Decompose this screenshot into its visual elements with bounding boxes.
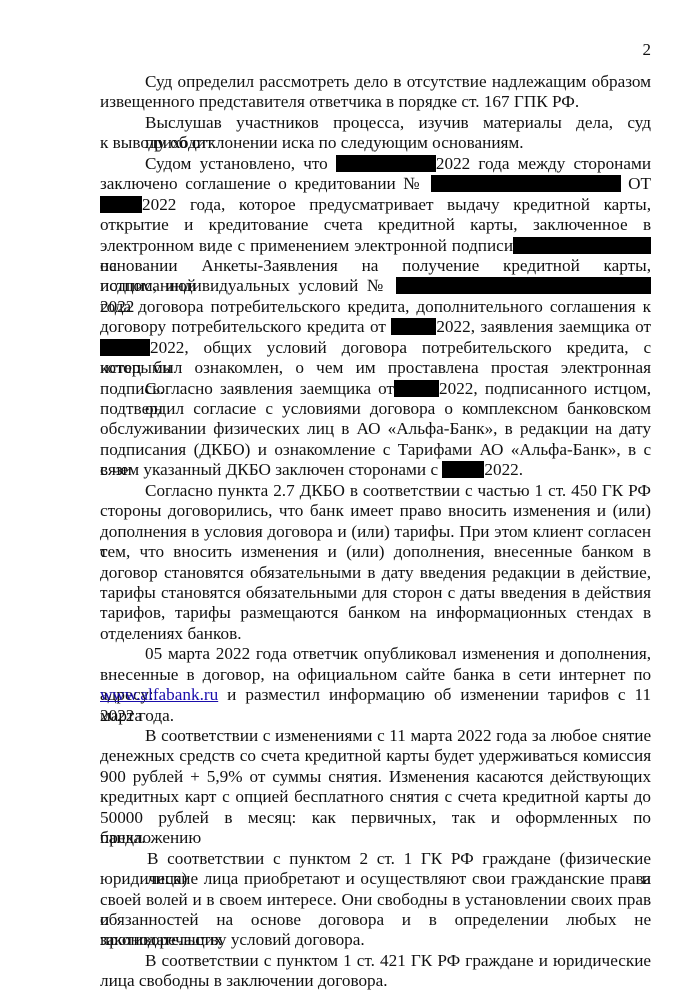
text-line: открытие и кредитование счета кредитной …: [100, 215, 651, 235]
text-line: тарифы становятся обязательными для стор…: [100, 583, 651, 603]
text-line: Согласно пункта 2.7 ДКБО в соответствии …: [100, 481, 651, 501]
text-line: В соответствии с пунктом 2 ст. 1 ГК РФ г…: [100, 849, 651, 869]
text-line: денежных средств со счета кредитной карт…: [100, 746, 651, 766]
text-line: подписания (ДКБО) и ознакомление с Тариф…: [100, 440, 651, 460]
redaction-box: [100, 339, 150, 356]
text-line: обслуживании физических лиц в АО «Альфа-…: [100, 419, 651, 439]
redaction-box: [394, 380, 439, 397]
text-line: Суд определил рассмотреть дело в отсутст…: [100, 72, 651, 92]
text-line: своей волей и в своем интересе. Они своб…: [100, 890, 651, 910]
text-line: юридические лица приобретают и осуществл…: [100, 869, 651, 889]
text-line: законодательству условий договора.: [100, 930, 651, 950]
redaction-box: [442, 461, 484, 478]
text-line: истец был ознакомлен, о чем им проставле…: [100, 358, 651, 378]
text-line: лица свободны в заключении договора.: [100, 971, 651, 990]
text-line: В соответствии с пунктом 1 ст. 421 ГК РФ…: [100, 951, 651, 971]
text-line: 50000 рублей в месяц: как первичных, так…: [100, 808, 651, 828]
text-line: тем, что вносить изменения и (или) допол…: [100, 542, 651, 562]
text-line: В соответствии с изменениями с 11 марта …: [100, 726, 651, 746]
paragraph: Судом установлено, что 2022 года между с…: [100, 154, 651, 379]
paragraph: Суд определил рассмотреть дело в отсутст…: [100, 72, 651, 113]
paragraph: 05 марта 2022 года ответчик опубликовал …: [100, 644, 651, 726]
website-link[interactable]: www.alfabank.ru: [100, 685, 218, 704]
text-line: 05 марта 2022 года ответчик опубликовал …: [100, 644, 651, 664]
text-line: извещенного представителя ответчика в по…: [100, 92, 651, 112]
text-line: года договора потребительского кредита, …: [100, 297, 651, 317]
paragraph: Выслушав участников процесса, изучив мат…: [100, 113, 651, 154]
redaction-box: [336, 155, 436, 172]
text-line: с чем указанный ДКБО заключен сторонами …: [100, 460, 651, 480]
paragraph: В соответствии с пунктом 1 ст. 421 ГК РФ…: [100, 951, 651, 990]
text-line: договор становятся обязательными в дату …: [100, 563, 651, 583]
paragraph: В соответствии с пунктом 2 ст. 1 ГК РФ г…: [100, 849, 651, 951]
text-line: кредитных карт с опцией бесплатного снят…: [100, 787, 651, 807]
text-line: заключено соглашение о кредитовании № ОТ: [100, 174, 651, 194]
text-line: 2022, общих условий договора потребитель…: [100, 338, 651, 358]
text-line: Судом установлено, что 2022 года между с…: [100, 154, 651, 174]
text-line: внесенные в договор, на официальном сайт…: [100, 665, 651, 685]
text-line: истцом, индивидуальных условий № 2022: [100, 276, 651, 296]
text-line: 2022 года, которое предусматривает выдач…: [100, 195, 651, 215]
text-line: договору потребительского кредита от 202…: [100, 317, 651, 337]
text-line: тарифов, тарифы размещаются банком на ин…: [100, 603, 651, 623]
text-line: 900 рублей + 5,9% от суммы снятия. Измен…: [100, 767, 651, 787]
text-line: стороны договорились, что банк имеет пра…: [100, 501, 651, 521]
redaction-box: [100, 196, 142, 213]
paragraph: В соответствии с изменениями с 11 марта …: [100, 726, 651, 849]
page-number: 2: [643, 40, 652, 60]
text-line: 2022 года.: [100, 706, 651, 726]
paragraph: Согласно пункта 2.7 ДКБО в соответствии …: [100, 481, 651, 645]
redaction-box: [513, 237, 651, 254]
text-line: Согласно заявления заемщика от2022, подп…: [100, 379, 651, 399]
text-line: Выслушав участников процесса, изучив мат…: [100, 113, 651, 133]
document-body: Суд определил рассмотреть дело в отсутст…: [100, 72, 651, 990]
redaction-box: [391, 318, 436, 335]
text-line: основании Анкеты-Заявления на получение …: [100, 256, 651, 276]
text-line: www.alfabank.ru и разместил информацию о…: [100, 685, 651, 705]
paragraph: Согласно заявления заемщика от2022, подп…: [100, 379, 651, 481]
text-line: отделениях банков.: [100, 624, 651, 644]
text-line: электронном виде с применением электронн…: [100, 236, 651, 256]
redaction-box: [431, 175, 621, 192]
text-line: подтвердил согласие с условиями договора…: [100, 399, 651, 419]
text-line: к выводу об отклонении иска по следующим…: [100, 133, 651, 153]
redaction-box: [396, 277, 651, 294]
text-line: дополнения в условия договора и (или) та…: [100, 522, 651, 542]
document-page: 2 Суд определил рассмотреть дело в отсут…: [0, 0, 700, 990]
text-line: обязанностей на основе договора и в опре…: [100, 910, 651, 930]
